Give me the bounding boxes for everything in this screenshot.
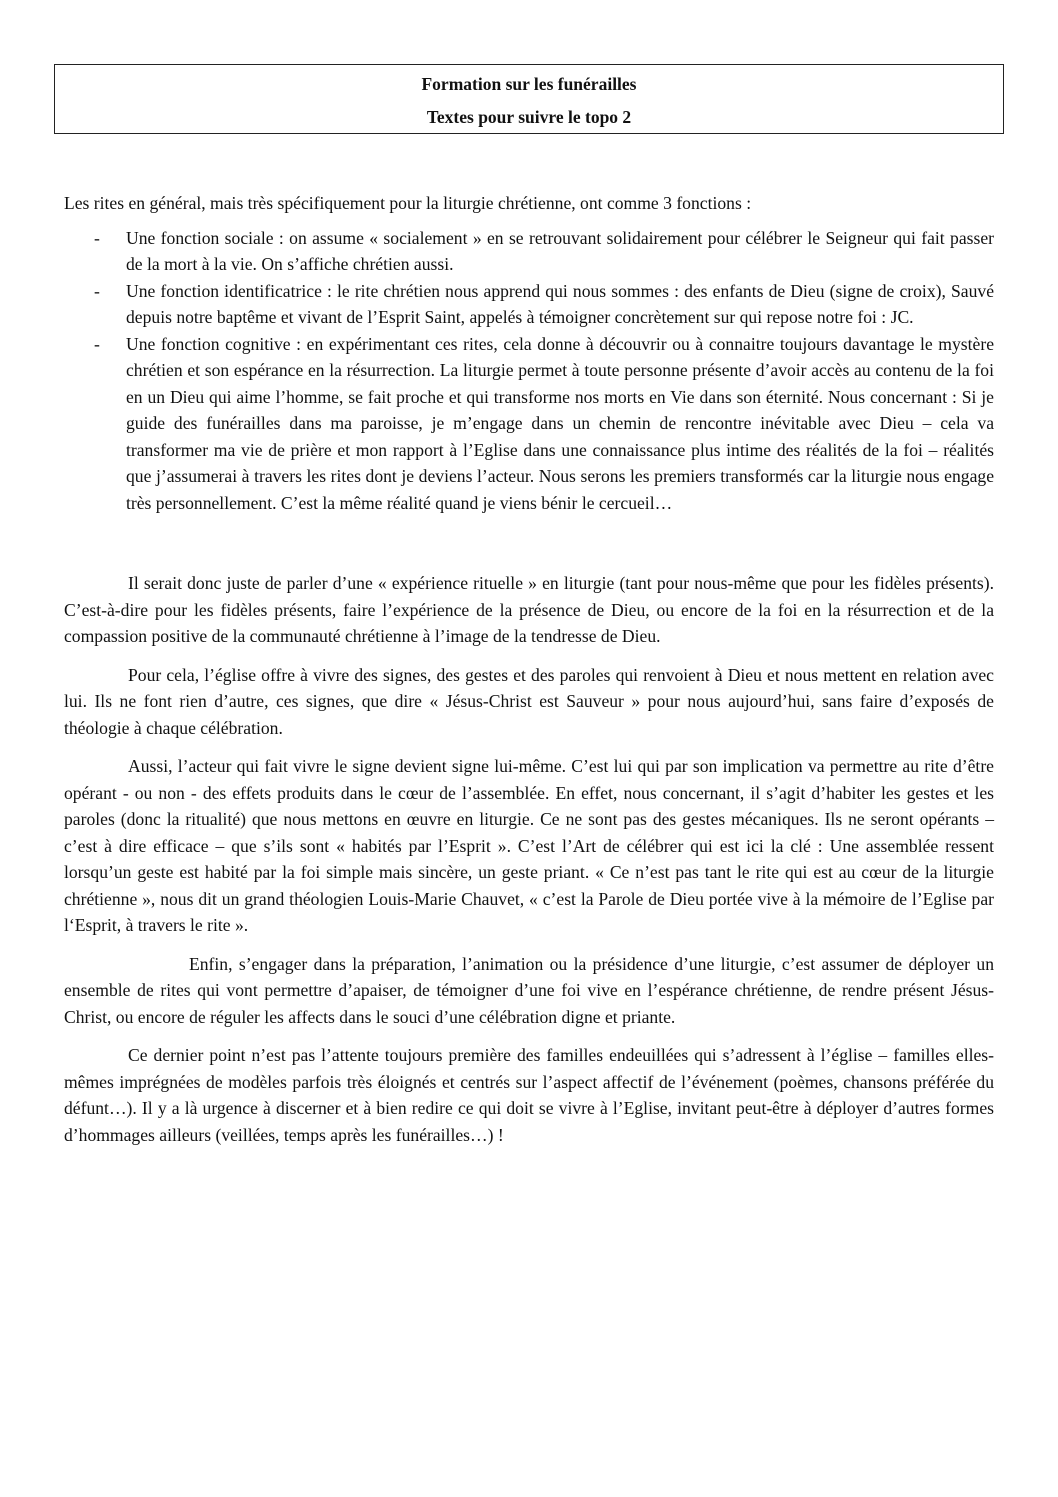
bullet-dash: - bbox=[94, 225, 100, 252]
paragraph-actor-sign: Aussi, l’acteur qui fait vivre le signe … bbox=[64, 753, 994, 939]
title-box: Formation sur les funérailles Textes pou… bbox=[54, 64, 1004, 134]
list-item-social-function: - Une fonction sociale : on assume « soc… bbox=[64, 225, 994, 278]
list-item-identifying-function: - Une fonction identificatrice : le rite… bbox=[64, 278, 994, 331]
list-item-text: Une fonction sociale : on assume « socia… bbox=[126, 228, 994, 275]
paragraph-signs-gestures: Pour cela, l’église offre à vivre des si… bbox=[64, 662, 994, 742]
paragraph-engagement: Enfin, s’engager dans la préparation, l’… bbox=[64, 951, 994, 1031]
list-item-text: Une fonction identificatrice : le rite c… bbox=[126, 281, 994, 328]
list-item-cognitive-function: - Une fonction cognitive : en expériment… bbox=[64, 331, 994, 517]
paragraph-ritual-experience: Il serait donc juste de parler d’une « e… bbox=[64, 570, 994, 650]
paragraph-families: Ce dernier point n’est pas l’attente tou… bbox=[64, 1042, 994, 1148]
document-subtitle: Textes pour suivre le topo 2 bbox=[55, 107, 1003, 128]
document-body: Les rites en général, mais très spécifiq… bbox=[64, 190, 994, 1148]
bullet-dash: - bbox=[94, 331, 100, 358]
bullet-dash: - bbox=[94, 278, 100, 305]
functions-list: - Une fonction sociale : on assume « soc… bbox=[64, 225, 994, 517]
intro-paragraph: Les rites en général, mais très spécifiq… bbox=[64, 190, 994, 217]
list-item-text: Une fonction cognitive : en expérimentan… bbox=[126, 334, 994, 513]
document-title: Formation sur les funérailles bbox=[55, 74, 1003, 95]
